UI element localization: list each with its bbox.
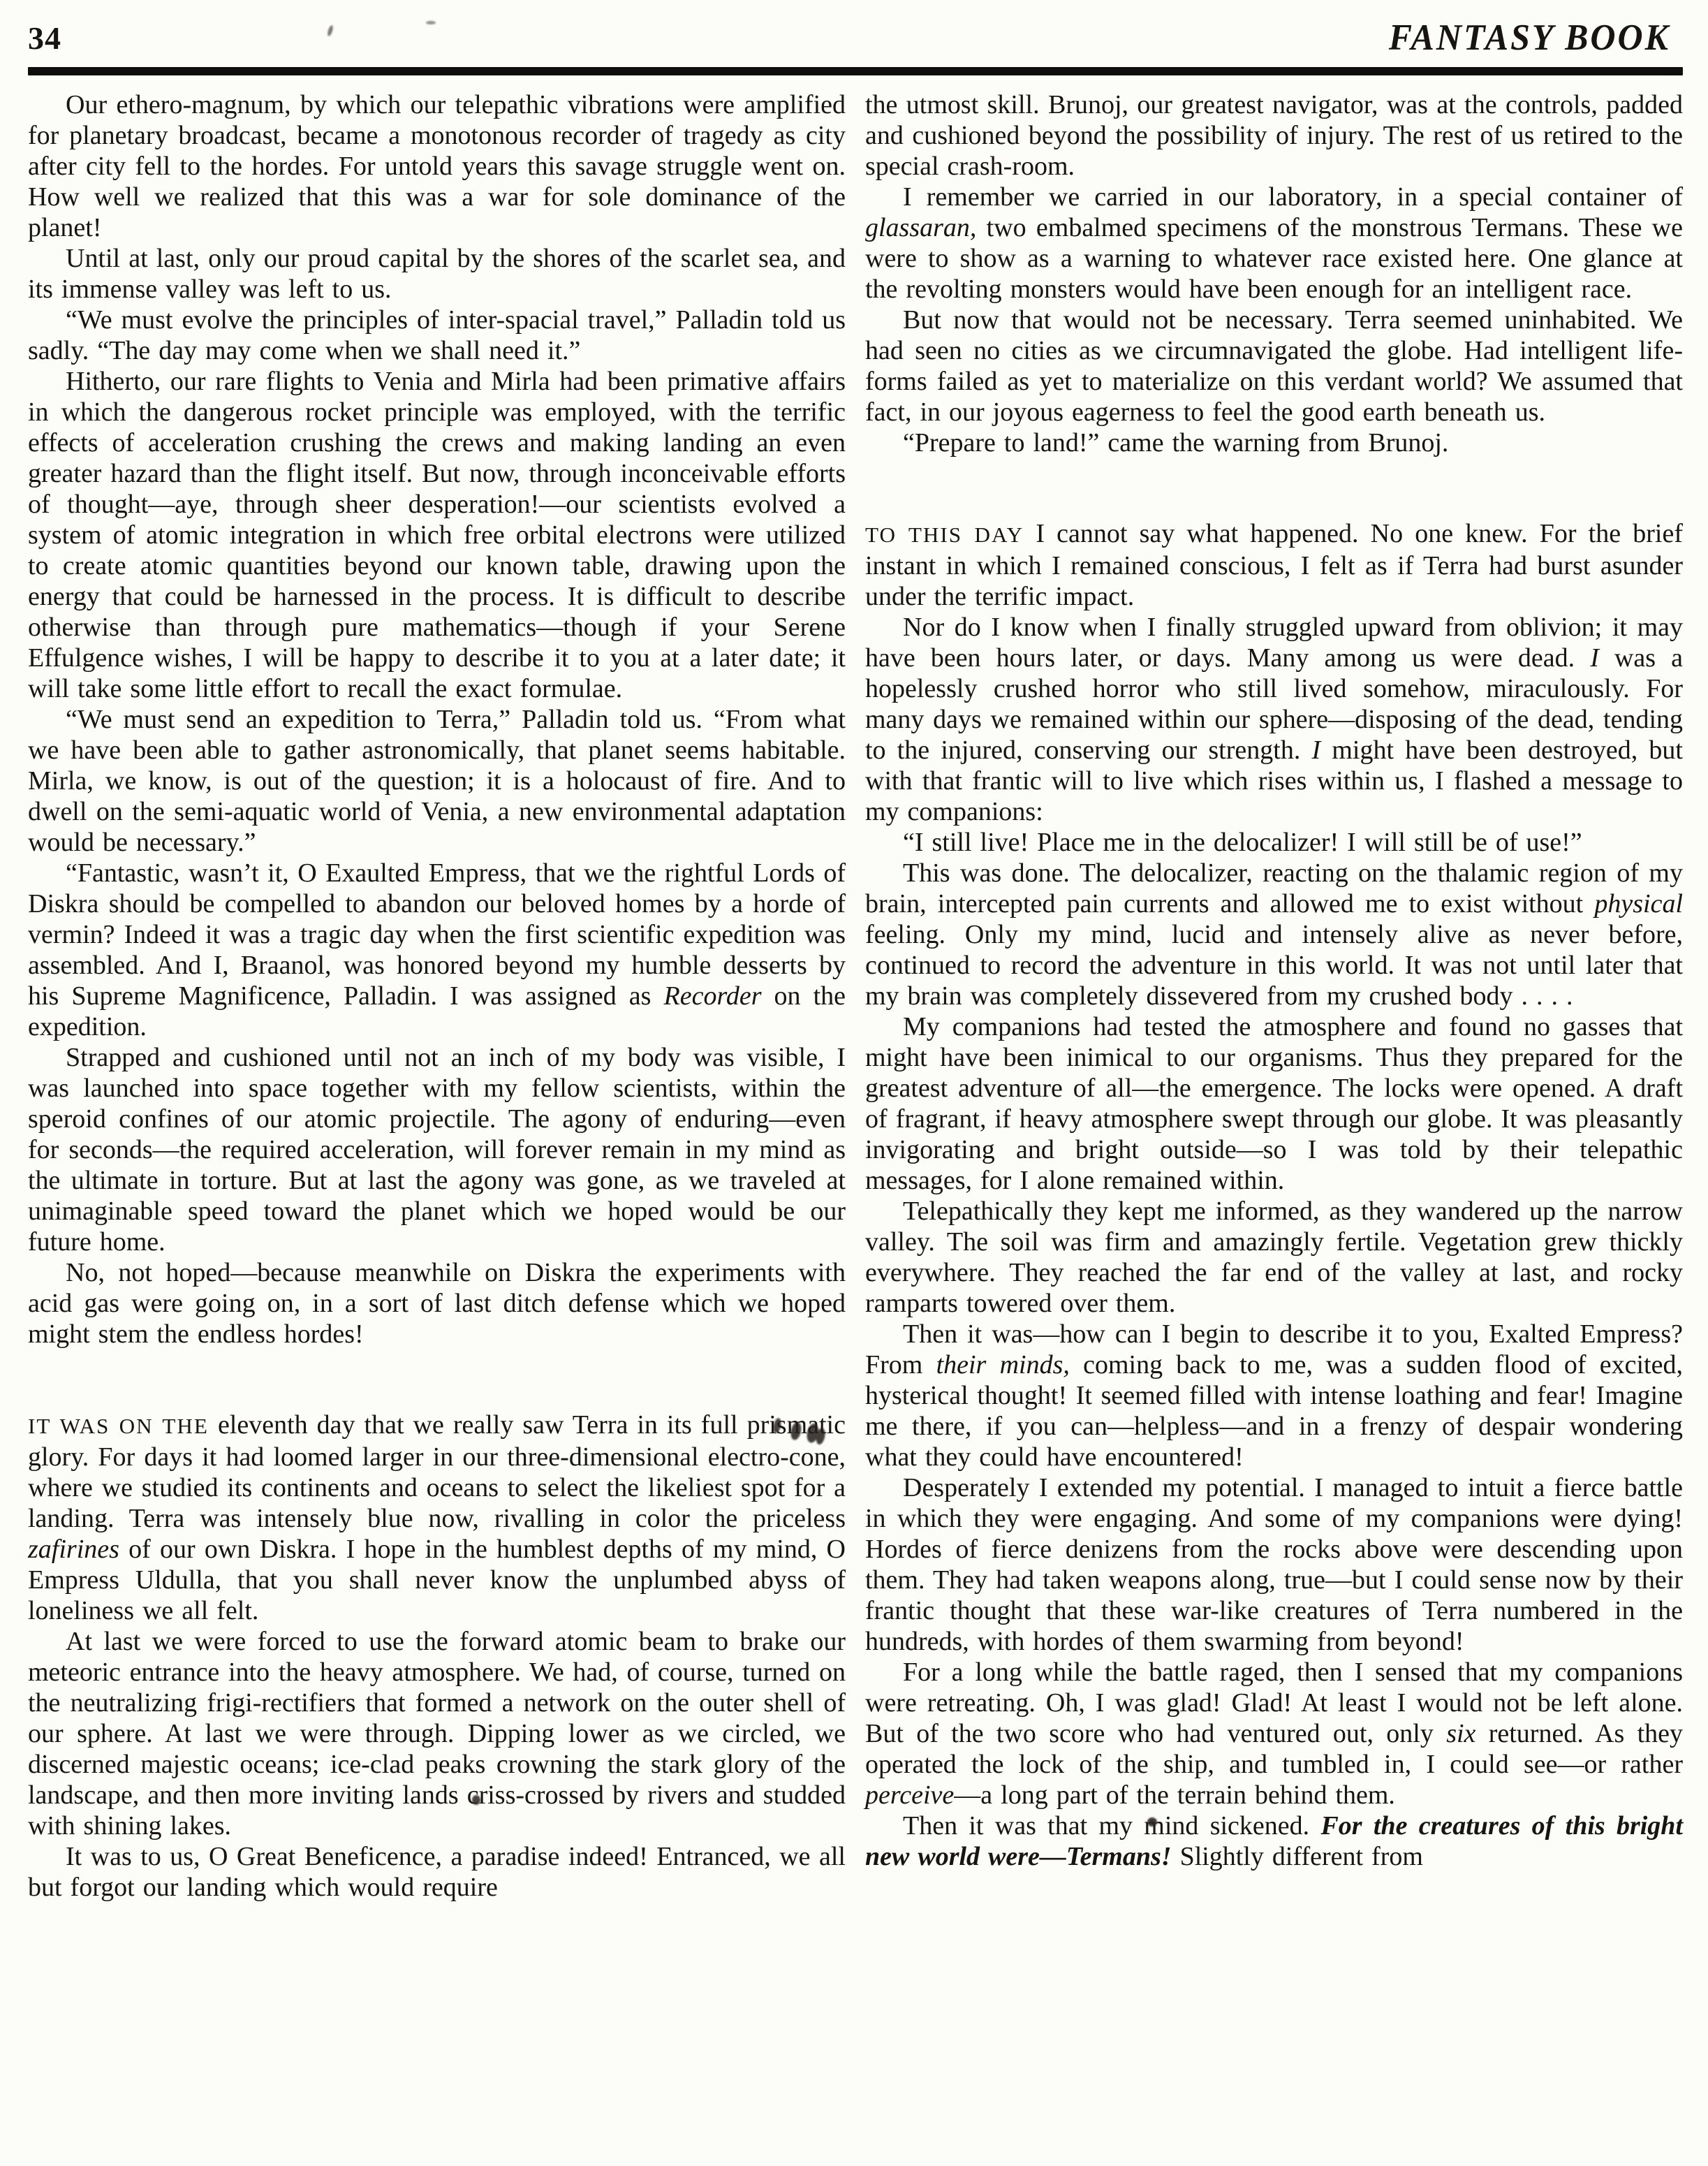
paragraph: Telepathically they kept me informed, as… bbox=[865, 1196, 1683, 1319]
text-run: At last we were forced to use the forwar… bbox=[28, 1627, 846, 1841]
paragraph: But now that would not be necessary. Ter… bbox=[865, 305, 1683, 427]
text-run: Our ethero-magnum, by which our telepath… bbox=[28, 90, 846, 242]
italic-text-run: zafirines bbox=[28, 1535, 119, 1564]
italic-text-run: glassaran, bbox=[865, 213, 976, 242]
text-run: Desperately I extended my potential. I m… bbox=[865, 1473, 1683, 1656]
article-body: Our ethero-magnum, by which our telepath… bbox=[28, 89, 1683, 1903]
text-run: “We must send an expedition to Terra,” P… bbox=[28, 705, 846, 857]
text-run: Telepathically they kept me informed, as… bbox=[865, 1197, 1683, 1318]
paragraph: “Prepare to land!” came the warning from… bbox=[865, 427, 1683, 458]
paragraph: “Fantastic, wasn’t it, O Exaulted Empres… bbox=[28, 858, 846, 1042]
paragraph: “I still live! Place me in the delocaliz… bbox=[865, 827, 1683, 858]
paragraph: For a long while the battle raged, then … bbox=[865, 1657, 1683, 1810]
text-run: “We must evolve the principles of inter-… bbox=[28, 305, 846, 365]
paragraph: I remember we carried in our laboratory,… bbox=[865, 182, 1683, 305]
paragraph: No, not hoped—because meanwhile on Diskr… bbox=[28, 1257, 846, 1349]
italic-text-run: I bbox=[1312, 736, 1321, 765]
paragraph: My companions had tested the atmosphere … bbox=[865, 1011, 1683, 1196]
text-run: feeling. Only my mind, lucid and intense… bbox=[865, 920, 1683, 1011]
paragraph: Strapped and cushioned until not an inch… bbox=[28, 1042, 846, 1257]
paragraph: TO THIS DAY I cannot say what happened. … bbox=[865, 518, 1683, 612]
paragraph: the utmost skill. Brunoj, our greatest n… bbox=[865, 89, 1683, 182]
paragraph: It was to us, O Great Beneficence, a par… bbox=[28, 1841, 846, 1903]
paragraph: Desperately I extended my potential. I m… bbox=[865, 1472, 1683, 1657]
text-run: Nor do I know when I finally struggled u… bbox=[865, 613, 1683, 673]
text-run: No, not hoped—because meanwhile on Diskr… bbox=[28, 1258, 846, 1349]
page-number: 34 bbox=[28, 20, 61, 57]
text-run: of our own Diskra. I hope in the humbles… bbox=[28, 1535, 846, 1625]
paragraph: Then it was—how can I begin to describe … bbox=[865, 1319, 1683, 1472]
text-run: Hitherto, our rare flights to Venia and … bbox=[28, 367, 846, 703]
page-header: 34 FANTASY BOOK bbox=[28, 17, 1683, 60]
text-column-left: Our ethero-magnum, by which our telepath… bbox=[28, 89, 846, 1903]
paragraph: IT WAS ON THE eleventh day that we reall… bbox=[28, 1410, 846, 1626]
italic-text-run: physical bbox=[1594, 889, 1683, 919]
header-rule bbox=[28, 67, 1683, 75]
text-run: Strapped and cushioned until not an inch… bbox=[28, 1043, 846, 1257]
magazine-page: 34 FANTASY BOOK Our ethero-magnum, by wh… bbox=[0, 0, 1708, 2166]
text-run: Slightly different from bbox=[1172, 1842, 1423, 1871]
magazine-title: FANTASY BOOK bbox=[1389, 16, 1670, 59]
paragraph: “We must evolve the principles of inter-… bbox=[28, 305, 846, 366]
paragraph: “We must send an expedition to Terra,” P… bbox=[28, 704, 846, 858]
ink-speck bbox=[472, 1795, 480, 1805]
paragraph: Nor do I know when I finally struggled u… bbox=[865, 612, 1683, 827]
ink-speck bbox=[426, 21, 436, 24]
italic-text-run: perceive bbox=[865, 1780, 954, 1810]
text-run: Then it was that my mind sickened. bbox=[903, 1811, 1320, 1841]
text-run: But now that would not be necessary. Ter… bbox=[865, 305, 1683, 427]
paragraph: Until at last, only our proud capital by… bbox=[28, 243, 846, 305]
paragraph: Hitherto, our rare flights to Venia and … bbox=[28, 366, 846, 704]
text-run: “Prepare to land!” came the warning from… bbox=[903, 428, 1448, 458]
text-run: It was to us, O Great Beneficence, a par… bbox=[28, 1842, 846, 1902]
paragraph: Then it was that my mind sickened. For t… bbox=[865, 1810, 1683, 1872]
paragraph: This was done. The delocalizer, reacting… bbox=[865, 858, 1683, 1011]
text-run: My companions had tested the atmosphere … bbox=[865, 1012, 1683, 1195]
paragraph: Our ethero-magnum, by which our telepath… bbox=[28, 89, 846, 243]
italic-text-run: Recorder bbox=[664, 981, 762, 1011]
text-run: “I still live! Place me in the delocaliz… bbox=[903, 828, 1582, 857]
italic-text-run: six bbox=[1446, 1719, 1475, 1748]
text-run: Until at last, only our proud capital by… bbox=[28, 244, 846, 304]
italic-text-run: I bbox=[1590, 643, 1599, 673]
ink-smudge bbox=[1147, 1817, 1157, 1827]
italic-text-run: their minds, bbox=[936, 1350, 1070, 1380]
text-column-right: the utmost skill. Brunoj, our greatest n… bbox=[865, 89, 1683, 1903]
text-run: This was done. The delocalizer, reacting… bbox=[865, 858, 1683, 919]
text-run: the utmost skill. Brunoj, our greatest n… bbox=[865, 90, 1683, 181]
text-run: —a long part of the terrain behind them. bbox=[954, 1780, 1395, 1810]
smallcaps-text-run: TO THIS DAY bbox=[865, 522, 1024, 547]
smallcaps-text-run: IT WAS ON THE bbox=[28, 1414, 209, 1438]
text-run: I remember we carried in our laboratory,… bbox=[903, 182, 1683, 212]
text-run: two embalmed specimens of the monstrous … bbox=[865, 213, 1683, 304]
paragraph: At last we were forced to use the forwar… bbox=[28, 1626, 846, 1841]
